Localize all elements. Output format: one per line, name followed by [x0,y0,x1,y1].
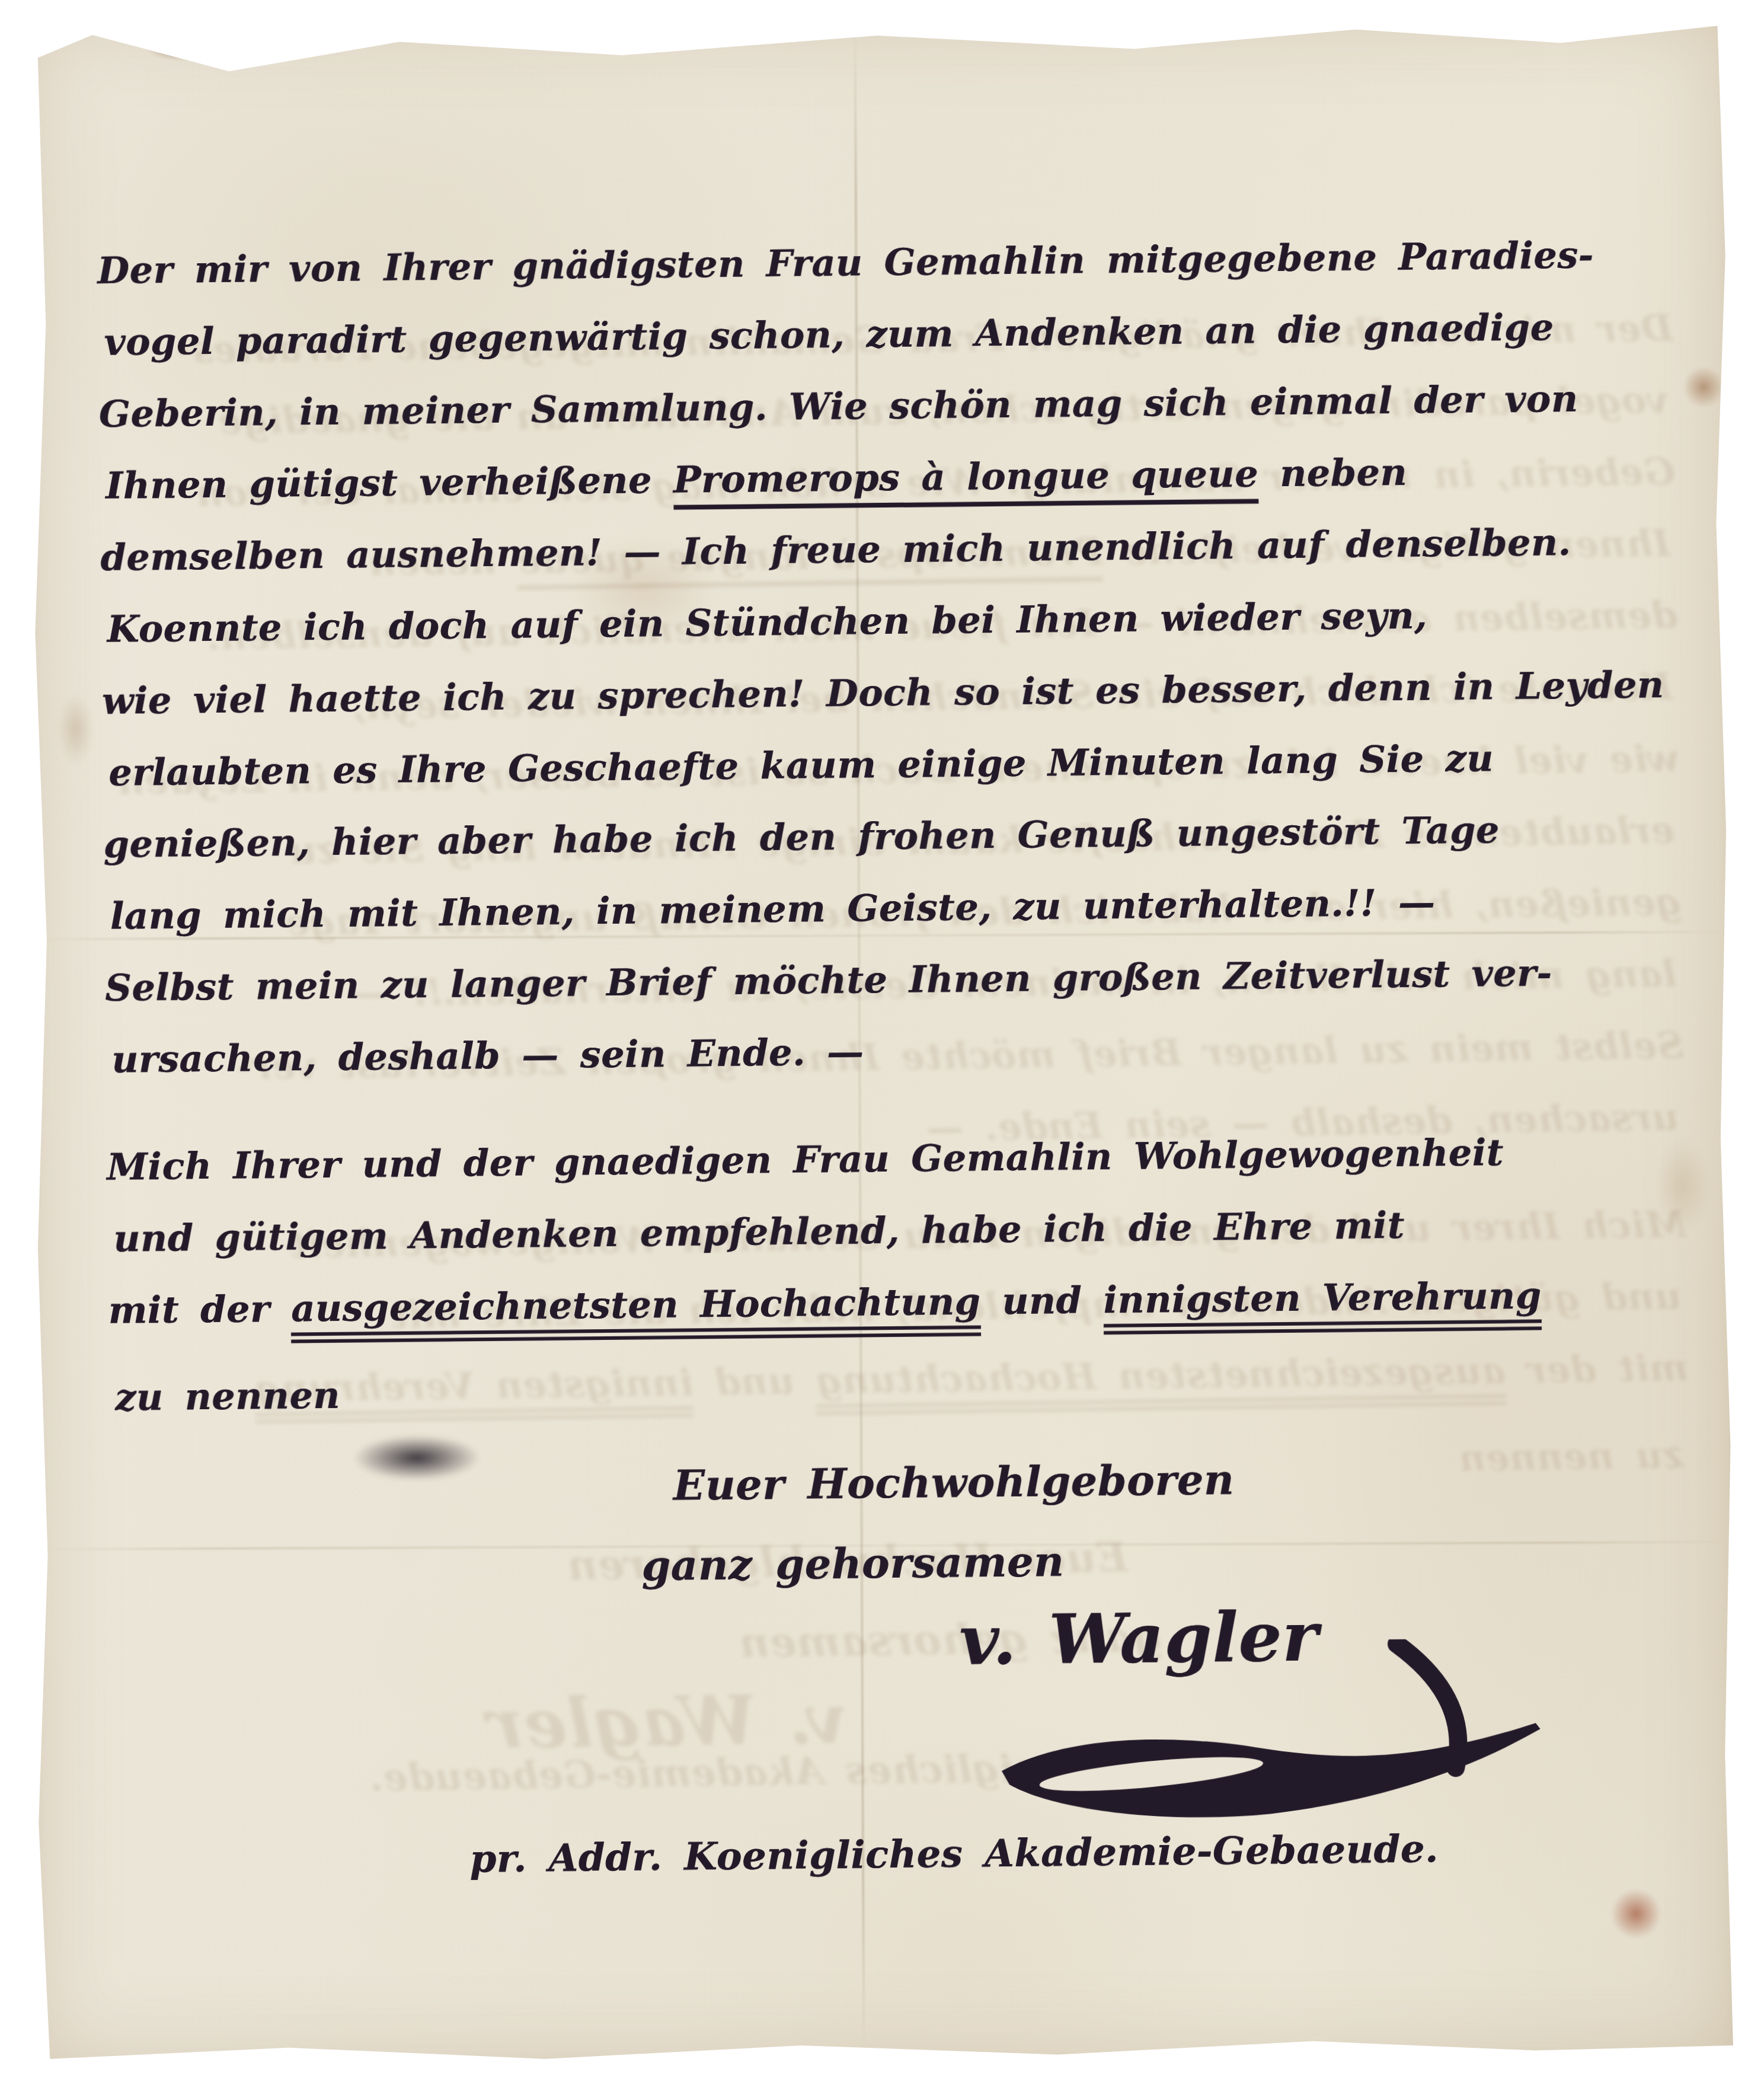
underlined-phrase: Promerops à longue queue [673,452,1258,509]
foxing-stain [57,694,94,765]
letter-line-segment: Koennte ich doch auf ein Stündchen bei I… [107,593,1427,650]
letter-line-segment: vogel paradirt gegenwärtig schon, zum An… [104,305,1554,364]
letter-line-segment: wie viel haette ich zu sprechen! Doch so… [101,663,1664,723]
letter-line-segment: lang mich mit Ihnen, in meinem Geiste, z… [110,880,1435,937]
letter-paragraph: Mich Ihrer und der gnaedigen Frau Gemahl… [106,1115,1687,1434]
underlined-phrase: innigsten Verehrung [1103,1274,1542,1335]
letter-line-segment: Geberin, in meiner Sammlung. Wie schön m… [98,377,1578,436]
letter-paper: Der mir von Ihrer gnädigsten Frau Gemahl… [24,9,1740,2070]
letter-line-segment: Der mir von Ihrer gnädigsten Frau Gemahl… [97,233,1594,292]
letter-line-segment: ursachen, deshalb — sein Ende. — [111,1030,864,1081]
letter-line-segment: Selbst mein zu langer Brief möchte Ihnen… [104,951,1552,1010]
closing-block: Euer Hochwohlgeboren ganz gehorsamen [673,1435,1689,1606]
closing-line: Euer Hochwohlgeboren [673,1435,1688,1525]
signature-block: v. Wagler [111,1595,1692,1850]
scan-background: Der mir von Ihrer gnädigsten Frau Gemahl… [0,0,1764,2081]
letter-paragraph: Der mir von Ihrer gnädigsten Frau Gemahl… [97,218,1684,1096]
letter-line-segment: genießen, hier aber habe ich den frohen … [103,808,1500,866]
letter-line-segment: zu nennen [115,1374,340,1419]
letter-content: Der mir von Ihrer gnädigsten Frau Gemahl… [97,218,1692,1888]
letter-line-segment: Mich Ihrer und der gnaedigen Frau Gemahl… [107,1131,1504,1189]
foxing-stain [1610,1889,1661,1939]
letter-line-segment: und gütigem Andenken empfehlend, habe ic… [113,1204,1405,1260]
letter-line-segment: demselben ausnehmen! — Ich freue mich un… [100,521,1571,579]
letter-line-segment: neben [1258,451,1407,496]
letter-line-segment: und [980,1278,1104,1323]
letter-line-segment: mit der [108,1287,291,1332]
underlined-phrase: ausgezeichnetsten Hochachtung [291,1279,981,1343]
letter-line: zu nennen [114,1345,1687,1434]
closing-line: ganz gehorsamen [641,1515,1689,1606]
foxing-stain [1683,366,1724,408]
foxing-stain [147,36,218,60]
letter-line-segment: Ihnen gütigst verheißene [106,458,673,508]
letter-line-segment: erlaubten es Ihre Geschaefte kaum einige… [108,736,1494,794]
